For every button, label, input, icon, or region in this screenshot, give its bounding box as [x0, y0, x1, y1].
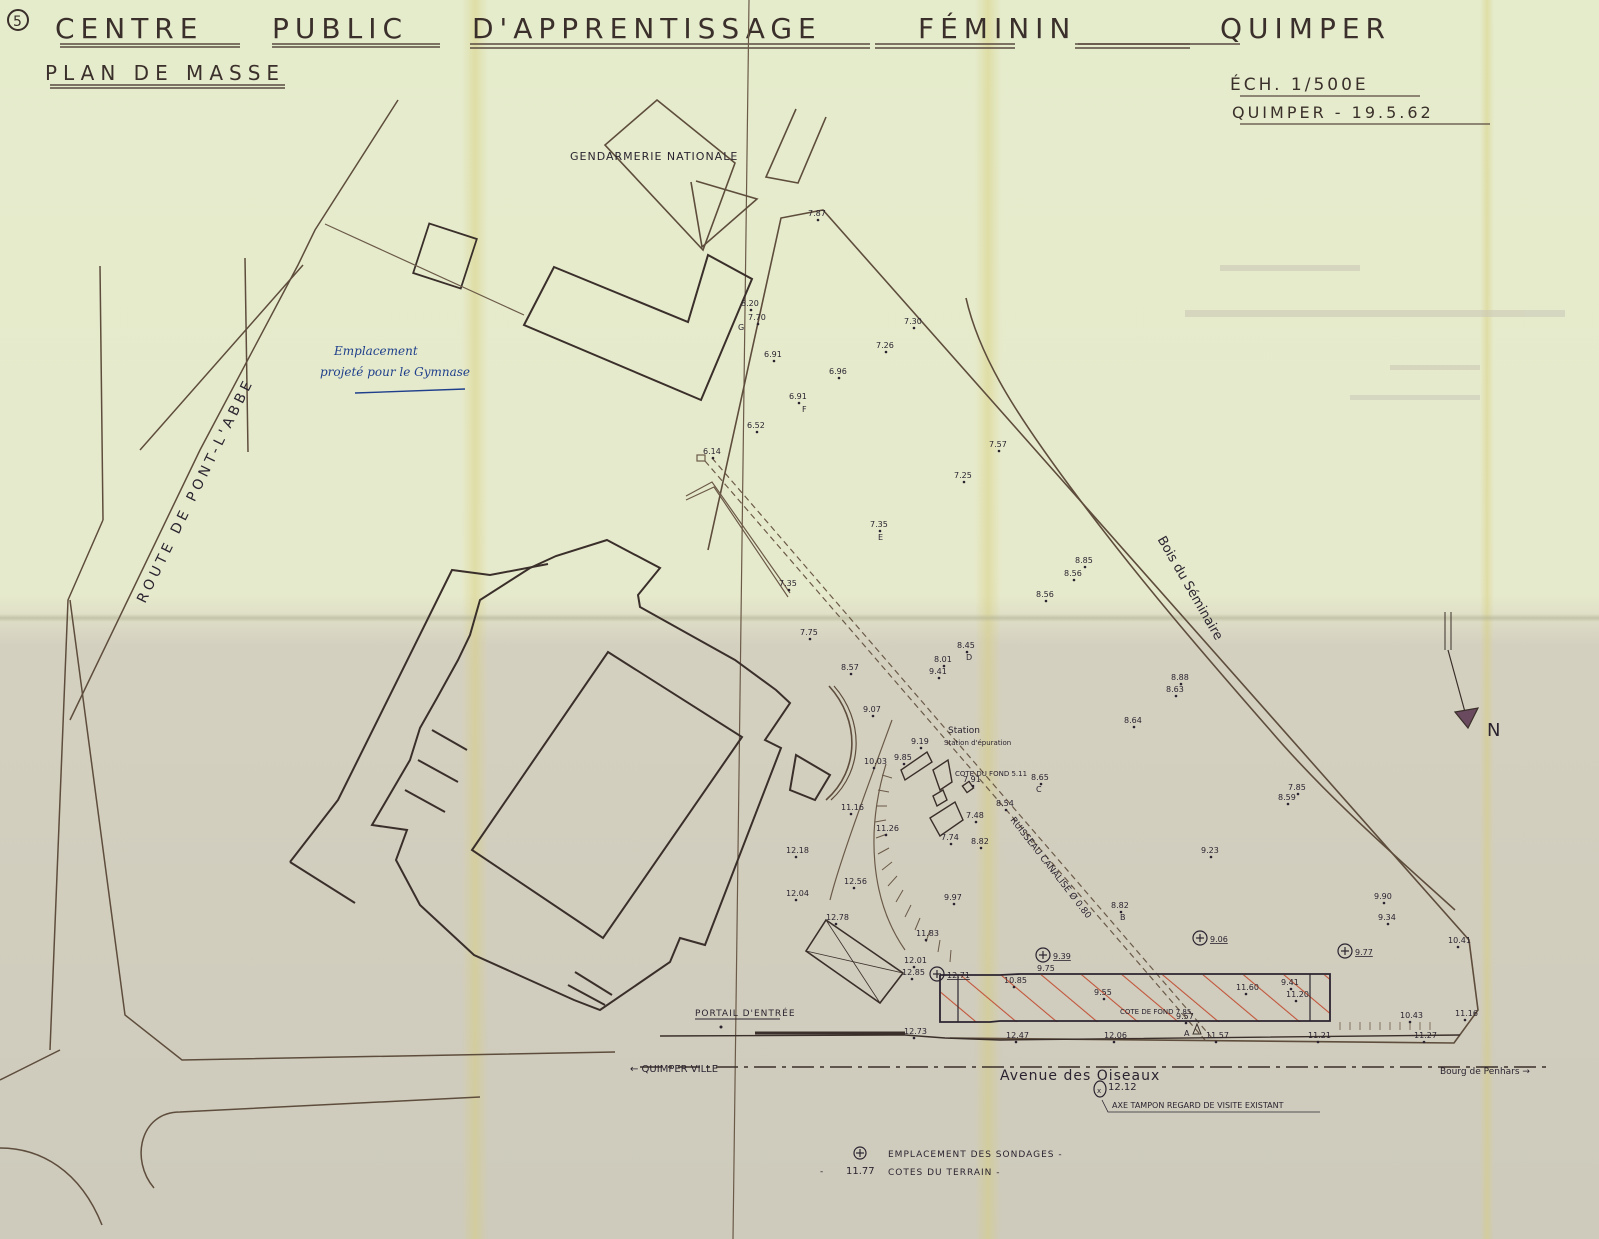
spot-height: 9.57	[1176, 1012, 1194, 1024]
svg-text:9.07: 9.07	[863, 705, 881, 714]
svg-text:11.16: 11.16	[1455, 1009, 1478, 1018]
svg-text:C: C	[1036, 785, 1042, 794]
spot-height: 8.65	[1031, 773, 1049, 785]
svg-text:10.43: 10.43	[1400, 1011, 1423, 1020]
gendarmerie-label: GENDARMERIE NATIONALE	[570, 150, 738, 163]
svg-text:8.63: 8.63	[1166, 685, 1184, 694]
sounding-marker-icon: 9.77	[1338, 944, 1373, 958]
ruisseau-label: RUISSEAU CANALISÉ Ø 0.80	[1008, 814, 1095, 920]
title-centre: CENTRE	[55, 12, 203, 45]
sounding-marker-icon: 9.399.75	[1036, 948, 1071, 973]
spot-height: 7.91	[963, 775, 981, 787]
svg-text:6.52: 6.52	[747, 421, 765, 430]
site-boundary	[708, 210, 1478, 1043]
svg-text:12.56: 12.56	[844, 877, 867, 886]
sheet-number: 5	[13, 14, 22, 30]
svg-text:8.56: 8.56	[1036, 590, 1054, 599]
subtitle-plan-de-masse: PLAN DE MASSE	[45, 61, 285, 85]
svg-text:7.57: 7.57	[989, 440, 1007, 449]
svg-text:9.39: 9.39	[1053, 952, 1071, 961]
spot-height: B	[1120, 913, 1126, 922]
svg-text:11.26: 11.26	[876, 824, 899, 833]
svg-text:7.75: 7.75	[800, 628, 818, 637]
spot-height: 8.88	[1171, 673, 1189, 685]
spot-height: 11.16	[841, 803, 864, 815]
svg-text:8.64: 8.64	[1124, 716, 1142, 725]
spot-height: 7.26	[876, 341, 894, 353]
fence-ticks	[1340, 1022, 1430, 1030]
spot-height: 12.06	[1104, 1031, 1127, 1043]
svg-text:10.03: 10.03	[864, 757, 887, 766]
north-arrow-icon	[1445, 612, 1478, 728]
spot-height: 8.56	[1064, 569, 1082, 581]
svg-text:B: B	[1120, 913, 1126, 922]
spot-height: 7.30	[904, 317, 922, 329]
svg-text:11.20: 11.20	[1286, 990, 1309, 999]
svg-text:12.06: 12.06	[1104, 1031, 1127, 1040]
spot-height: 8.63	[1166, 685, 1184, 697]
spot-height: 7.87	[808, 209, 826, 221]
svg-text:7.87: 7.87	[808, 209, 826, 218]
svg-text:8.54: 8.54	[996, 799, 1014, 808]
svg-text:6.14: 6.14	[703, 447, 721, 456]
spot-height: 7.75	[800, 628, 818, 640]
spot-height: 11.83	[916, 929, 939, 941]
spot-height: 11.16	[1455, 1009, 1478, 1021]
legend-soundings-label: EMPLACEMENT DES SONDAGES -	[888, 1150, 1063, 1160]
svg-text:8.20: 8.20	[741, 299, 759, 308]
svg-text:6.91: 6.91	[764, 350, 782, 359]
svg-text:9.41: 9.41	[929, 667, 947, 676]
spot-height: 9.19	[911, 737, 929, 749]
crossed-rectangle	[806, 920, 903, 1003]
station-label-1: Station	[948, 726, 980, 736]
title-apprentissage: D'APPRENTISSAGE	[472, 12, 822, 45]
spot-height: F	[802, 405, 807, 414]
svg-text:-: -	[820, 1167, 823, 1177]
embankment-ticks	[875, 775, 951, 962]
svg-text:9.90: 9.90	[1374, 892, 1392, 901]
place-date-label: QUIMPER - 19.5.62	[1232, 103, 1434, 122]
svg-text:12.85: 12.85	[902, 968, 925, 977]
spot-height: C	[1036, 785, 1042, 794]
svg-text:8.85: 8.85	[1075, 556, 1093, 565]
spot-height: 6.96	[829, 367, 847, 379]
spot-height: 12.85	[902, 968, 925, 980]
spot-height: G	[738, 323, 744, 332]
gendarmerie-buildings	[605, 100, 826, 250]
svg-text:12.47: 12.47	[1006, 1031, 1029, 1040]
station-epuration	[901, 752, 974, 836]
svg-text:7.48: 7.48	[966, 811, 984, 820]
svg-text:7.30: 7.30	[904, 317, 922, 326]
quimper-ville-label: ← QUIMPER VILLE	[630, 1064, 718, 1075]
svg-text:9.55: 9.55	[1094, 988, 1112, 997]
spot-height: 10.43	[1400, 1011, 1423, 1023]
route-label: ROUTE DE PONT-L'ABBE	[134, 375, 257, 605]
plan-drawing: 5 CENTRE PUBLIC D'APPRENTISSAGE FÉMININ …	[0, 0, 1599, 1239]
show-through-text	[1185, 265, 1565, 400]
svg-text:7.35: 7.35	[779, 579, 797, 588]
legend-height-symbol: 11.77	[846, 1166, 875, 1177]
svg-text:9.75: 9.75	[1037, 964, 1055, 973]
legend: EMPLACEMENT DES SONDAGES - - 11.77 COTES…	[820, 1147, 1063, 1178]
route-pont-labbe	[0, 100, 615, 1225]
bois-seminaire-label: Bois du Séminaire	[1154, 534, 1226, 643]
spot-height: 7.57	[989, 440, 1007, 452]
svg-text:9.77: 9.77	[1355, 948, 1373, 957]
svg-text:7.70: 7.70	[748, 313, 766, 322]
title-public: PUBLIC	[272, 12, 408, 45]
spot-height: 8.64	[1124, 716, 1142, 728]
svg-text:9.19: 9.19	[911, 737, 929, 746]
svg-text:8.57: 8.57	[841, 663, 859, 672]
svg-text:9.23: 9.23	[1201, 846, 1219, 855]
spot-height: 8.56	[1036, 590, 1054, 602]
spot-height: D	[966, 653, 972, 662]
site-plan-sheet: 5 CENTRE PUBLIC D'APPRENTISSAGE FÉMININ …	[0, 0, 1599, 1239]
spot-height: 8.01	[934, 655, 952, 667]
svg-text:A: A	[1184, 1029, 1190, 1038]
sounding-marker-icon: 12.71	[930, 967, 970, 981]
svg-text:9.97: 9.97	[944, 893, 962, 902]
svg-text:12.73: 12.73	[904, 1027, 927, 1036]
svg-text:8.82: 8.82	[971, 837, 989, 846]
svg-text:7.26: 7.26	[876, 341, 894, 350]
spot-height: 9.90	[1374, 892, 1392, 904]
svg-text:11.21: 11.21	[1308, 1031, 1331, 1040]
spot-height: 7.35	[779, 579, 797, 591]
svg-text:D: D	[966, 653, 972, 662]
spot-height: 11.26	[876, 824, 899, 836]
spot-height: 9.34	[1378, 913, 1396, 925]
spot-height: 7.25	[954, 471, 972, 483]
svg-text:8.65: 8.65	[1031, 773, 1049, 782]
svg-text:12.78: 12.78	[826, 913, 849, 922]
svg-text:11.27: 11.27	[1414, 1031, 1437, 1040]
spot-height: 12.56	[844, 877, 867, 889]
svg-text:7.25: 7.25	[954, 471, 972, 480]
spot-height: 7.70	[748, 313, 766, 325]
culvert	[686, 455, 1212, 1040]
main-building	[290, 540, 830, 1010]
svg-text:6.96: 6.96	[829, 367, 847, 376]
svg-text:x: x	[1097, 1087, 1101, 1095]
svg-text:9.85: 9.85	[894, 753, 912, 762]
spot-height: 12.47	[1006, 1031, 1029, 1043]
spot-height: 7.48	[966, 811, 984, 823]
spot-height: 12.04	[786, 889, 809, 901]
spot-height: 10.03	[864, 757, 887, 769]
reference-line	[733, 0, 749, 1239]
svg-text:11.60: 11.60	[1236, 983, 1259, 992]
spot-height: 6.91	[789, 392, 807, 404]
svg-text:10.41: 10.41	[1448, 936, 1471, 945]
spot-height: 11.27	[1414, 1031, 1437, 1043]
svg-text:9.41: 9.41	[1281, 978, 1299, 987]
spot-height: A	[1184, 1029, 1190, 1038]
spot-height: 8.85	[1075, 556, 1093, 568]
spot-height: 12.18	[786, 846, 809, 858]
svg-text:11.57: 11.57	[1206, 1031, 1229, 1040]
spot-height: 10.41	[1448, 936, 1471, 948]
spot-height: 8.82	[1111, 901, 1129, 913]
spot-height: 7.74	[941, 833, 959, 845]
spot-height: 9.85	[894, 753, 912, 765]
svg-text:12.01: 12.01	[904, 956, 927, 965]
spot-height: 12.73	[904, 1027, 927, 1039]
gymnase-note-line2: projeté pour le Gymnase	[320, 365, 470, 379]
spot-heights: 7.878.207.70G7.307.266.916.966.91F6.526.…	[703, 209, 1478, 1043]
spot-height: 9.23	[1201, 846, 1219, 858]
axe-tampon-label: AXE TAMPON REGARD DE VISITE EXISTANT	[1112, 1101, 1284, 1110]
spot-height: 9.07	[863, 705, 881, 717]
svg-text:9.06: 9.06	[1210, 935, 1228, 944]
svg-text:7.91: 7.91	[963, 775, 981, 784]
svg-text:12.71: 12.71	[947, 971, 970, 980]
legend-heights-label: COTES DU TERRAIN -	[888, 1168, 1000, 1178]
spot-height: 9.41	[929, 667, 947, 679]
svg-text:F: F	[802, 405, 807, 414]
svg-text:7.85: 7.85	[1288, 783, 1306, 792]
svg-text:10.85: 10.85	[1004, 976, 1027, 985]
title-quimper: QUIMPER	[1220, 12, 1391, 45]
spot-height: 7.35	[870, 520, 888, 532]
svg-text:11.83: 11.83	[916, 929, 939, 938]
svg-text:8.56: 8.56	[1064, 569, 1082, 578]
spot-height: 6.52	[747, 421, 765, 433]
svg-text:7.35: 7.35	[870, 520, 888, 529]
svg-text:8.45: 8.45	[957, 641, 975, 650]
station-label: Station d'épuration	[944, 739, 1011, 747]
svg-text:9.57: 9.57	[1176, 1012, 1194, 1021]
svg-text:7.74: 7.74	[941, 833, 959, 842]
tampon-value: 12.12	[1108, 1082, 1137, 1093]
svg-text:12.04: 12.04	[786, 889, 809, 898]
building-l	[524, 255, 752, 400]
spot-height: 8.20	[741, 299, 759, 311]
title-feminin: FÉMININ	[918, 11, 1076, 45]
svg-text:11.16: 11.16	[841, 803, 864, 812]
svg-text:G: G	[738, 323, 744, 332]
svg-text:8.88: 8.88	[1171, 673, 1189, 682]
svg-text:9.34: 9.34	[1378, 913, 1396, 922]
sounding-marker-icon: 9.06	[1193, 931, 1228, 945]
spot-height: 6.14	[703, 447, 721, 459]
spot-height: 8.45	[957, 641, 975, 653]
svg-text:8.82: 8.82	[1111, 901, 1129, 910]
svg-text:8.59: 8.59	[1278, 793, 1296, 802]
gymnase-note-line1: Emplacement	[333, 344, 418, 358]
portail-entree-label: PORTAIL D'ENTRÉE	[695, 1007, 796, 1019]
svg-text:8.01: 8.01	[934, 655, 952, 664]
svg-text:6.91: 6.91	[789, 392, 807, 401]
spot-height: 6.91	[764, 350, 782, 362]
spot-height: 8.59	[1278, 793, 1296, 805]
spot-height: 8.82	[971, 837, 989, 849]
spot-height: 12.01	[904, 956, 927, 968]
spot-height: 8.57	[841, 663, 859, 675]
bourg-penhars-label: Bourg de Penhars →	[1440, 1067, 1530, 1077]
spot-height: E	[878, 533, 883, 542]
svg-text:12.18: 12.18	[786, 846, 809, 855]
spot-height: 8.54	[996, 799, 1014, 811]
spot-height: 9.97	[944, 893, 962, 905]
svg-text:E: E	[878, 533, 883, 542]
north-label: N	[1487, 720, 1500, 741]
scale-label: ÉCH. 1/500E	[1230, 73, 1369, 95]
spot-height: 12.78	[826, 913, 849, 925]
